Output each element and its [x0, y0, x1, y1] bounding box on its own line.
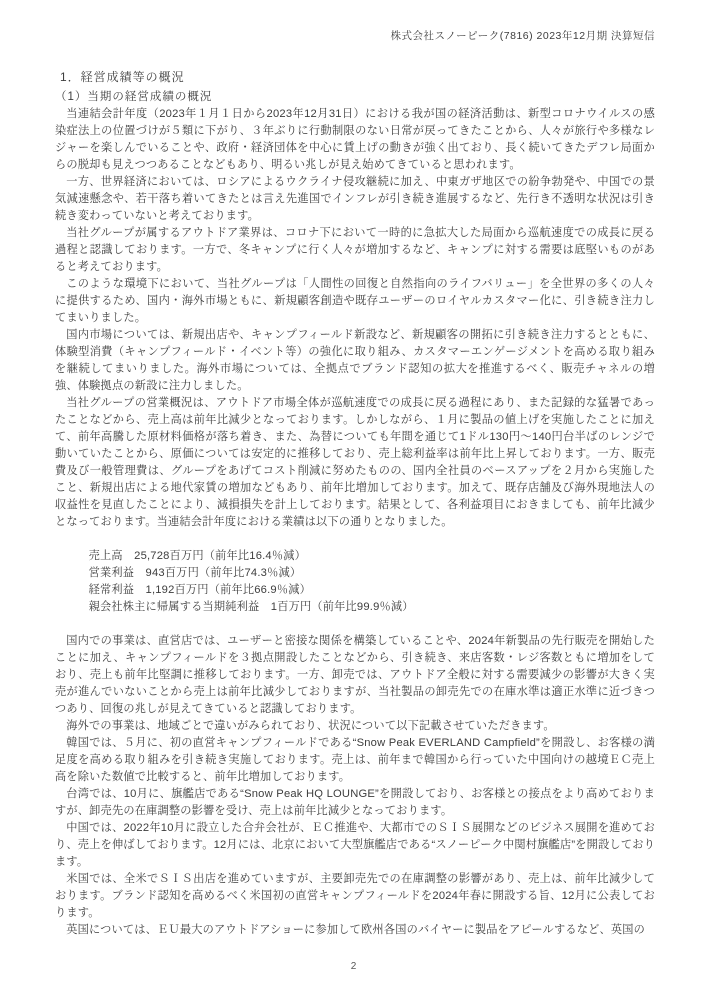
body-paragraph: このような環境下において、当社グループは「人間性の回復と自然指向のライフバリュー…	[55, 276, 655, 327]
body-paragraph: 一方、世界経済においては、ロシアによるウクライナ侵攻継続に加え、中東ガザ地区での…	[55, 174, 655, 225]
body-paragraph: 海外での事業は、地域ごとで違いがみられており、状況について以下記載させていただき…	[55, 718, 655, 735]
financial-line-net-income: 親会社株主に帰属する当期純利益 1百万円（前年比99.9％減）	[55, 599, 655, 616]
body-paragraph: 台湾では、10月に、旗艦店である“Snow Peak HQ LOUNGE”を開設…	[55, 786, 655, 820]
page-number: 2	[0, 961, 707, 972]
document-body: 当連結会計年度（2023年１月１日から2023年12月31日）における我が国の経…	[55, 106, 655, 939]
body-paragraph: 当連結会計年度（2023年１月１日から2023年12月31日）における我が国の経…	[55, 106, 655, 174]
body-paragraph: 当社グループの営業概況は、アウトドア市場全体が巡航速度での成長に戻る過程にあり、…	[55, 395, 655, 531]
section-title: 1．経営成績等の概況	[60, 68, 185, 85]
document-page: 株式会社スノーピーク(7816) 2023年12月期 決算短信 1．経営成績等の…	[0, 0, 707, 1000]
document-header: 株式会社スノーピーク(7816) 2023年12月期 決算短信	[55, 28, 655, 43]
body-paragraph: 英国については、ＥＵ最大のアウトドアショーに参加して欧州各国のバイヤーに製品をア…	[55, 922, 655, 939]
body-paragraph: 当社グループが属するアウトドア業界は、コロナ下において一時的に急拡大した局面から…	[55, 225, 655, 276]
body-paragraph: 国内での事業は、直営店では、ユーザーと密接な関係を構築していることや、2024年…	[55, 633, 655, 718]
body-paragraph: 米国では、全米でＳＩＳ出店を進めていますが、主要卸売先での在庫調整の影響があり、…	[55, 871, 655, 922]
body-paragraph: 国内市場については、新規出店や、キャンプフィールド新設など、新規顧客の開拓に引き…	[55, 327, 655, 395]
body-paragraph: 中国では、2022年10月に設立した合弁会社が、ＥＣ推進や、大都市でのＳＩＳ展開…	[55, 820, 655, 871]
financial-line-operating-income: 営業利益 943百万円（前年比74.3％減）	[55, 565, 655, 582]
financial-line-ordinary-income: 経常利益 1,192百万円（前年比66.9％減）	[55, 582, 655, 599]
body-paragraph: 韓国では、５月に、初の直営キャンプフィールドである“Snow Peak EVER…	[55, 735, 655, 786]
financial-line-sales: 売上高 25,728百万円（前年比16.4％減）	[55, 548, 655, 565]
financial-summary: 売上高 25,728百万円（前年比16.4％減） 営業利益 943百万円（前年比…	[55, 548, 655, 616]
subsection-title: （1）当期の経営成績の概況	[55, 88, 212, 104]
